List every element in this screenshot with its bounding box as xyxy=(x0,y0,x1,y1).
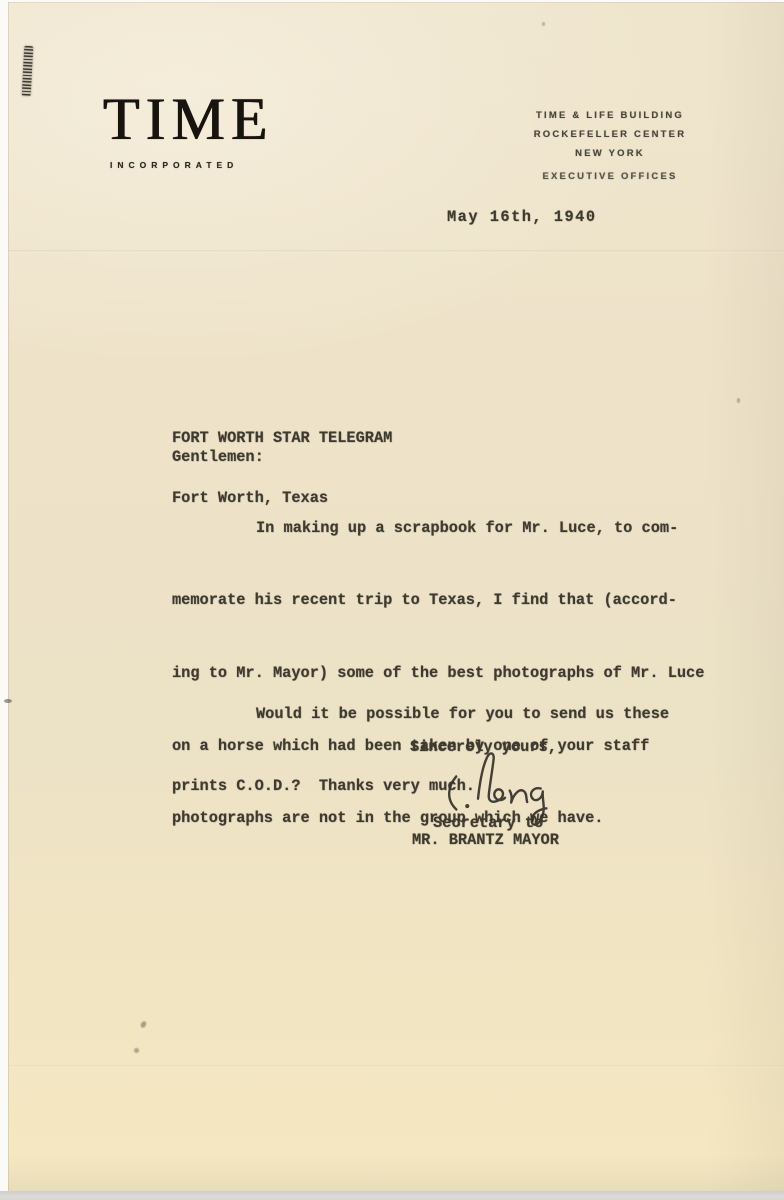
scanner-bed-strip xyxy=(0,1191,784,1200)
signature-dot xyxy=(465,804,469,808)
letter-date: May 16th, 1940 xyxy=(447,208,597,226)
body-line: memorate his recent trip to Texas, I fin… xyxy=(172,591,732,627)
signature-stroke xyxy=(510,790,527,803)
letterhead-building-line: TIME & LIFE BUILDING xyxy=(505,106,715,125)
time-logo-subtext: INCORPORATED xyxy=(110,160,238,170)
letterhead-city-line: NEW YORK xyxy=(505,144,715,163)
salutation: Gentlemen: xyxy=(172,448,264,466)
scan-speck xyxy=(134,1048,139,1053)
letterhead-address-block: TIME & LIFE BUILDING ROCKEFELLER CENTER … xyxy=(505,106,715,163)
scan-speck xyxy=(140,1020,148,1029)
signature-stroke xyxy=(449,776,458,809)
scan-speck xyxy=(737,398,740,403)
letter-paper: TIME INCORPORATED TIME & LIFE BUILDING R… xyxy=(8,2,784,1191)
letterhead-office-line: EXECUTIVE OFFICES xyxy=(505,171,715,182)
recipient-name: FORT WORTH STAR TELEGRAM xyxy=(172,428,392,448)
signer-title-line: Secretary to xyxy=(433,814,543,832)
time-logo: TIME xyxy=(103,89,274,149)
signer-name-line: MR. BRANTZ MAYOR xyxy=(412,831,559,849)
signature-stroke xyxy=(476,753,505,802)
body-line: In making up a scrapbook for Mr. Luce, t… xyxy=(172,519,732,555)
paper-crease xyxy=(8,250,784,253)
margin-stamp-mark xyxy=(22,46,34,96)
scanned-letter-page: TIME INCORPORATED TIME & LIFE BUILDING R… xyxy=(0,0,784,1200)
scan-speck xyxy=(542,22,545,26)
letterhead-center-line: ROCKEFELLER CENTER xyxy=(505,125,715,144)
scan-speck xyxy=(4,699,12,703)
paper-crease xyxy=(8,1065,784,1068)
body-line: Would it be possible for you to send us … xyxy=(172,705,732,741)
